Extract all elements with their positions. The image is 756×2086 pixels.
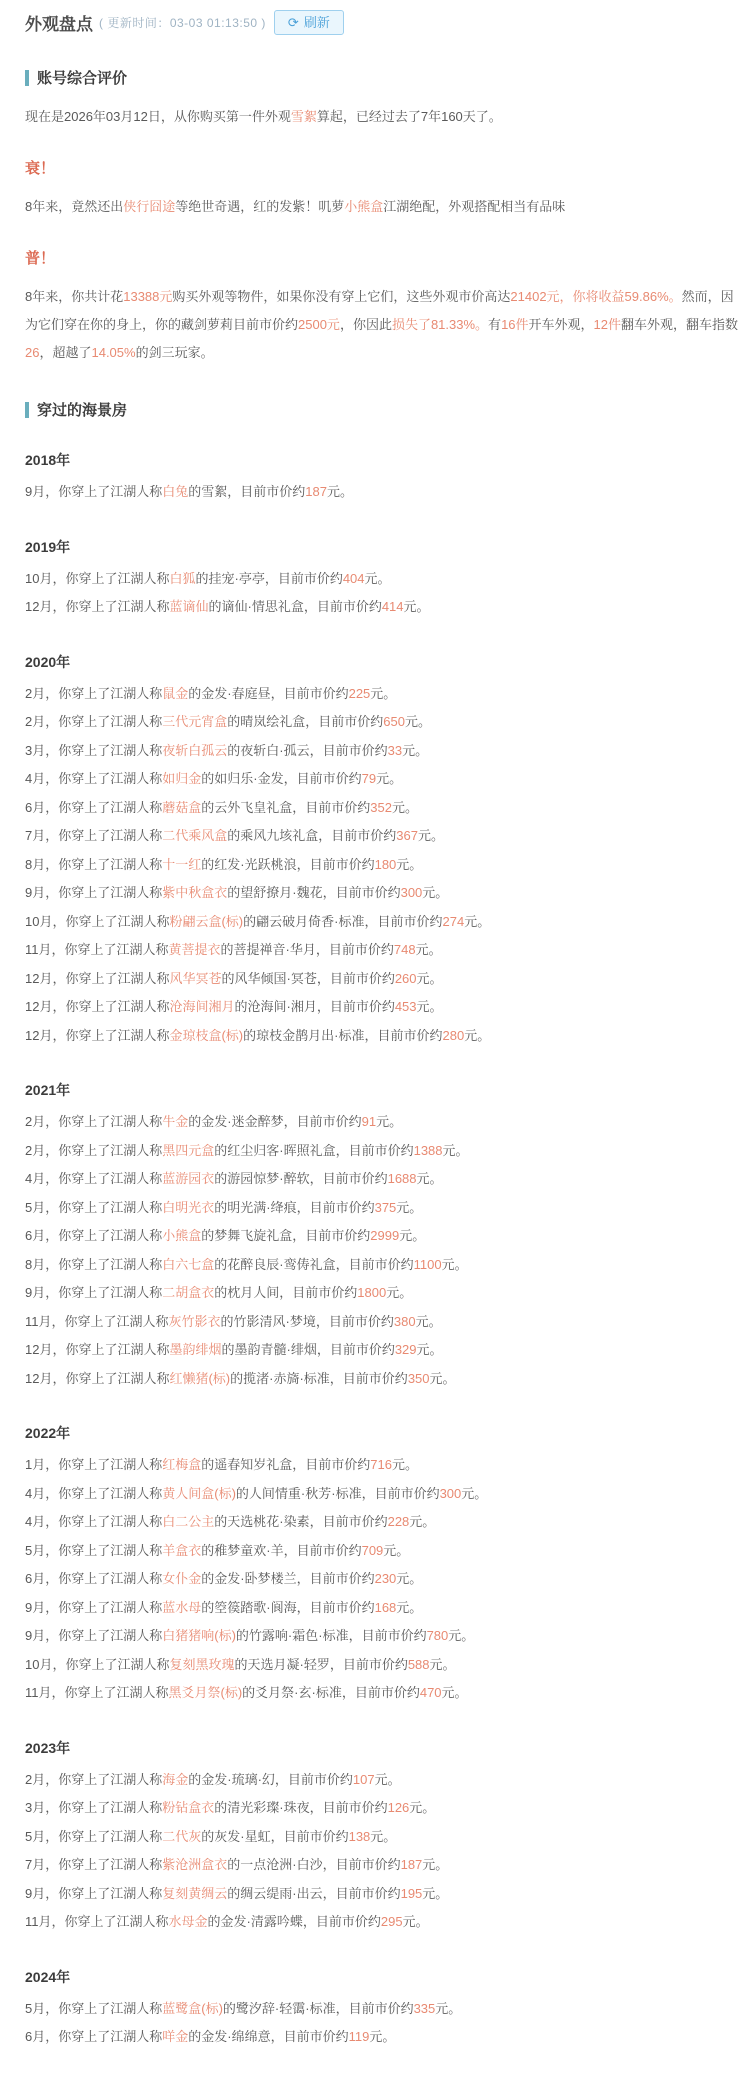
entry-item: 的人间情重·秋芳·标准，目前市价约 xyxy=(236,1486,440,1501)
history-entry: 6月，你穿上了江湖人称蘑菇盒的云外飞皇礼盒，目前市价约352元。 xyxy=(25,794,742,823)
entry-nickname: 蓝鹭盒(标) xyxy=(162,2001,223,2016)
refresh-icon: ⟳ xyxy=(288,16,299,29)
entry-month-prefix: 6月，你穿上了江湖人称 xyxy=(25,2029,162,2044)
entry-month-prefix: 7月，你穿上了江湖人称 xyxy=(25,828,162,843)
plain-text: 现在是2026年03月12日，从你购买第一件外观 xyxy=(25,109,291,124)
year-heading: 2019年 xyxy=(25,537,742,557)
entry-suffix: 元。 xyxy=(464,1028,490,1043)
plain-text: 8年来，竟然还出 xyxy=(25,199,123,214)
year-heading: 2018年 xyxy=(25,450,742,470)
entry-price: 107 xyxy=(353,1772,375,1787)
history-section-label: 穿过的海景房 xyxy=(37,399,127,420)
entry-item: 的竹露响·霜色·标准，目前市价约 xyxy=(236,1628,427,1643)
section-accent-bar xyxy=(25,402,29,418)
entry-price: 119 xyxy=(349,2029,370,2044)
entry-item: 的金发·琉璃·幻，目前市价约 xyxy=(188,1772,353,1787)
entry-suffix: 元。 xyxy=(417,971,443,986)
entry-item: 的金发·春庭昼，目前市价约 xyxy=(188,686,348,701)
entry-nickname: 如归金 xyxy=(162,771,201,786)
history-entry: 4月，你穿上了江湖人称蓝游园衣的游园惊梦·醉软，目前市价约1688元。 xyxy=(25,1165,742,1194)
entry-nickname: 紫中秋盒衣 xyxy=(162,885,227,900)
year-heading: 2020年 xyxy=(25,652,742,672)
page-title: 外观盘点 xyxy=(25,10,93,35)
history-entry: 3月，你穿上了江湖人称粉钻盒衣的清光彩璨·珠夜，目前市价约126元。 xyxy=(25,1794,742,1823)
entry-month-prefix: 3月，你穿上了江湖人称 xyxy=(25,743,162,758)
entry-price: 716 xyxy=(370,1457,392,1472)
entry-nickname: 海金 xyxy=(162,1772,188,1787)
history-entry: 12月，你穿上了江湖人称墨韵绯烟的墨韵青髓·绯烟，目前市价约329元。 xyxy=(25,1336,742,1365)
entry-item: 的一点沧洲·白沙，目前市价约 xyxy=(227,1857,400,1872)
entry-nickname: 水母金 xyxy=(169,1914,208,1929)
entry-nickname: 紫沧洲盒衣 xyxy=(162,1857,227,1872)
entry-price: 588 xyxy=(408,1657,430,1672)
entry-nickname: 白明光衣 xyxy=(162,1200,214,1215)
highlight-text: 13388元 xyxy=(123,289,172,304)
plain-text: 8年来，你共计花 xyxy=(25,289,123,304)
entry-price: 295 xyxy=(381,1914,403,1929)
entry-price: 709 xyxy=(362,1543,384,1558)
entry-suffix: 元。 xyxy=(383,1543,409,1558)
entry-nickname: 二胡盒衣 xyxy=(162,1285,214,1300)
page-container: 外观盘点 ( 更新时间：03-03 01:13:50 ) ⟳ 刷新 账号综合评价… xyxy=(0,0,756,2086)
entry-month-prefix: 10月，你穿上了江湖人称 xyxy=(25,571,169,586)
plain-text: 开车外观， xyxy=(529,317,594,332)
entry-suffix: 元。 xyxy=(396,857,422,872)
entry-item: 的金发·清露吟蝶，目前市价约 xyxy=(208,1914,381,1929)
entry-price: 79 xyxy=(362,771,376,786)
updated-timestamp: ( 更新时间：03-03 01:13:50 ) xyxy=(99,14,266,31)
history-entry: 8月，你穿上了江湖人称十一红的红发·光跃桃浪，目前市价约180元。 xyxy=(25,851,742,880)
entry-month-prefix: 4月，你穿上了江湖人称 xyxy=(25,771,162,786)
entry-item: 的绸云缇雨·出云，目前市价约 xyxy=(227,1886,400,1901)
entry-item: 的清光彩璨·珠夜，目前市价约 xyxy=(214,1800,387,1815)
entry-price: 225 xyxy=(349,686,371,701)
history-entry: 4月，你穿上了江湖人称如归金的如归乐·金发，目前市价约79元。 xyxy=(25,765,742,794)
history-entry: 3月，你穿上了江湖人称夜斩白孤云的夜斩白·孤云，目前市价约33元。 xyxy=(25,737,742,766)
entry-suffix: 元。 xyxy=(430,1371,456,1386)
history-entry: 10月，你穿上了江湖人称复刻黑玫瑰的天选月凝·轻罗，目前市价约588元。 xyxy=(25,1651,742,1680)
entry-nickname: 白猪猪响(标) xyxy=(162,1628,236,1643)
evaluation-section-label: 账号综合评价 xyxy=(37,67,127,88)
history-entry: 2月，你穿上了江湖人称三代元宵盒的晴岚绘礼盒，目前市价约650元。 xyxy=(25,708,742,737)
entry-nickname: 白兔 xyxy=(162,484,188,499)
history-entry: 2月，你穿上了江湖人称海金的金发·琉璃·幻，目前市价约107元。 xyxy=(25,1766,742,1795)
entry-month-prefix: 11月，你穿上了江湖人称 xyxy=(25,1914,169,1929)
entry-item: 的枕月人间，目前市价约 xyxy=(214,1285,357,1300)
entry-item: 的红尘归客·晖照礼盒，目前市价约 xyxy=(214,1143,413,1158)
entry-item: 的花醉良辰·鸾俦礼盒，目前市价约 xyxy=(214,1257,413,1272)
year-heading: 2021年 xyxy=(25,1080,742,1100)
entry-item: 的夜斩白·孤云，目前市价约 xyxy=(227,743,387,758)
entry-nickname: 黑四元盒 xyxy=(162,1143,214,1158)
entry-nickname: 粉翩云盒(标) xyxy=(169,914,243,929)
entry-month-prefix: 5月，你穿上了江湖人称 xyxy=(25,2001,162,2016)
year-heading: 2024年 xyxy=(25,1967,742,1987)
entry-price: 1688 xyxy=(388,1171,417,1186)
history-entry: 9月，你穿上了江湖人称紫中秋盒衣的望舒撩月·魏花，目前市价约300元。 xyxy=(25,879,742,908)
entry-month-prefix: 4月，你穿上了江湖人称 xyxy=(25,1486,162,1501)
entry-price: 2999 xyxy=(370,1228,399,1243)
entry-item: 的雪絮，目前市价约 xyxy=(188,484,305,499)
history-years: 2018年9月，你穿上了江湖人称白兔的雪絮，目前市价约187元。2019年10月… xyxy=(25,450,742,2052)
entry-suffix: 元。 xyxy=(416,942,442,957)
entry-item: 的云外飞皇礼盒，目前市价约 xyxy=(201,800,370,815)
plain-text: 购买外观等物件，如果你没有穿上它们，这些外观市价高达 xyxy=(172,289,510,304)
plain-text: 江湖绝配，外观搭配相当有品味 xyxy=(383,199,565,214)
entry-nickname: 黑爻月祭(标) xyxy=(169,1685,243,1700)
highlight-text: 16件 xyxy=(501,317,528,332)
entry-suffix: 元。 xyxy=(386,1285,412,1300)
entry-nickname: 白狐 xyxy=(169,571,195,586)
plain-text: 的剑三玩家。 xyxy=(136,345,214,360)
entry-nickname: 蓝谪仙 xyxy=(169,599,208,614)
highlight-text: 雪絮 xyxy=(291,109,317,124)
entry-price: 168 xyxy=(375,1600,397,1615)
entry-suffix: 元。 xyxy=(392,1457,418,1472)
entry-nickname: 红梅盒 xyxy=(162,1457,201,1472)
highlight-text: 损失了81.33%。 xyxy=(392,317,488,332)
entry-suffix: 元。 xyxy=(416,1314,442,1329)
history-section-title: 穿过的海景房 xyxy=(25,399,742,420)
entry-suffix: 元。 xyxy=(443,1143,469,1158)
entry-price: 1800 xyxy=(357,1285,386,1300)
plain-text: ，你因此 xyxy=(340,317,392,332)
entry-item: 的爻月祭·玄·标准，目前市价约 xyxy=(242,1685,420,1700)
history-entry: 8月，你穿上了江湖人称白六七盒的花醉良辰·鸾俦礼盒，目前市价约1100元。 xyxy=(25,1251,742,1280)
entry-item: 的箜篌踏歌·阆海，目前市价约 xyxy=(201,1600,374,1615)
entry-item: 的遥春知岁礼盒，目前市价约 xyxy=(201,1457,370,1472)
entry-suffix: 元。 xyxy=(417,999,443,1014)
entry-suffix: 元。 xyxy=(365,571,391,586)
entry-nickname: 墨韵绯烟 xyxy=(169,1342,221,1357)
entry-item: 的沧海间·湘月，目前市价约 xyxy=(234,999,394,1014)
refresh-button[interactable]: ⟳ 刷新 xyxy=(274,10,344,35)
entry-price: 350 xyxy=(408,1371,430,1386)
refresh-button-label: 刷新 xyxy=(304,16,330,29)
entry-month-prefix: 9月，你穿上了江湖人称 xyxy=(25,1886,162,1901)
plain-text: 等绝世奇遇，红的发紫！叽萝 xyxy=(175,199,344,214)
history-entry: 4月，你穿上了江湖人称白二公主的天选桃花·染素，目前市价约228元。 xyxy=(25,1508,742,1537)
history-entry: 7月，你穿上了江湖人称二代乘风盒的乘风九垓礼盒，目前市价约367元。 xyxy=(25,822,742,851)
history-entry: 5月，你穿上了江湖人称蓝鹭盒(标)的鹭汐辞·轻霭·标准，目前市价约335元。 xyxy=(25,1995,742,2024)
entry-suffix: 元。 xyxy=(422,1857,448,1872)
entry-suffix: 元。 xyxy=(403,1914,429,1929)
entry-month-prefix: 11月，你穿上了江湖人称 xyxy=(25,1314,169,1329)
history-entry: 1月，你穿上了江湖人称红梅盒的遥春知岁礼盒，目前市价约716元。 xyxy=(25,1451,742,1480)
section-accent-bar xyxy=(25,70,29,86)
entry-nickname: 金琼枝盒(标) xyxy=(169,1028,243,1043)
entry-suffix: 元。 xyxy=(404,599,430,614)
history-entry: 2月，你穿上了江湖人称牛金的金发·迷金醉梦，目前市价约91元。 xyxy=(25,1108,742,1137)
entry-price: 187 xyxy=(401,1857,423,1872)
entry-item: 的谪仙·情思礼盒，目前市价约 xyxy=(208,599,381,614)
history-entry: 5月，你穿上了江湖人称二代灰的灰发·星虹，目前市价约138元。 xyxy=(25,1823,742,1852)
entry-suffix: 元。 xyxy=(399,1228,425,1243)
entry-suffix: 元。 xyxy=(396,1600,422,1615)
entry-price: 453 xyxy=(395,999,417,1014)
entry-nickname: 复刻黑玫瑰 xyxy=(169,1657,234,1672)
entry-suffix: 元。 xyxy=(430,1657,456,1672)
entry-price: 280 xyxy=(442,1028,464,1043)
entry-nickname: 女仆金 xyxy=(162,1571,201,1586)
entry-month-prefix: 12月，你穿上了江湖人称 xyxy=(25,1028,169,1043)
history-entry: 10月，你穿上了江湖人称白狐的挂宠·亭亭，目前市价约404元。 xyxy=(25,565,742,594)
entry-suffix: 元。 xyxy=(409,1514,435,1529)
entry-month-prefix: 6月，你穿上了江湖人称 xyxy=(25,1228,162,1243)
entry-nickname: 十一红 xyxy=(162,857,201,872)
entry-price: 650 xyxy=(383,714,405,729)
highlight-text: 26 xyxy=(25,345,39,360)
history-entry: 11月，你穿上了江湖人称水母金的金发·清露吟蝶，目前市价约295元。 xyxy=(25,1908,742,1937)
entry-item: 的揽渚·赤旖·标准，目前市价约 xyxy=(230,1371,408,1386)
entry-month-prefix: 4月，你穿上了江湖人称 xyxy=(25,1171,162,1186)
entry-month-prefix: 12月，你穿上了江湖人称 xyxy=(25,1371,169,1386)
verdict-heading: 普！ xyxy=(25,247,742,268)
entry-suffix: 元。 xyxy=(327,484,353,499)
entry-nickname: 三代元宵盒 xyxy=(162,714,227,729)
entry-item: 的明光满·绛痕，目前市价约 xyxy=(214,1200,374,1215)
entry-item: 的红发·光跃桃浪，目前市价约 xyxy=(201,857,374,872)
entry-month-prefix: 2月，你穿上了江湖人称 xyxy=(25,686,162,701)
entry-price: 748 xyxy=(394,942,416,957)
history-entry: 11月，你穿上了江湖人称黑爻月祭(标)的爻月祭·玄·标准，目前市价约470元。 xyxy=(25,1679,742,1708)
history-entry: 9月，你穿上了江湖人称二胡盒衣的枕月人间，目前市价约1800元。 xyxy=(25,1279,742,1308)
entry-item: 的灰发·星虹，目前市价约 xyxy=(201,1829,348,1844)
entry-price: 91 xyxy=(362,1114,376,1129)
entry-month-prefix: 5月，你穿上了江湖人称 xyxy=(25,1200,162,1215)
entry-price: 367 xyxy=(396,828,418,843)
entry-price: 1100 xyxy=(414,1257,442,1272)
entry-month-prefix: 2月，你穿上了江湖人称 xyxy=(25,1772,162,1787)
entry-month-prefix: 12月，你穿上了江湖人称 xyxy=(25,1342,169,1357)
entry-month-prefix: 9月，你穿上了江湖人称 xyxy=(25,484,162,499)
entry-item: 的望舒撩月·魏花，目前市价约 xyxy=(227,885,400,900)
entry-month-prefix: 11月，你穿上了江湖人称 xyxy=(25,1685,169,1700)
entry-item: 的天选月凝·轻罗，目前市价约 xyxy=(234,1657,407,1672)
entry-nickname: 黄菩提衣 xyxy=(169,942,221,957)
entry-price: 33 xyxy=(388,743,402,758)
entry-suffix: 元。 xyxy=(422,1886,448,1901)
entry-nickname: 粉钻盒衣 xyxy=(162,1800,214,1815)
entry-item: 的稚梦童欢·羊，目前市价约 xyxy=(201,1543,361,1558)
entry-nickname: 羊盒衣 xyxy=(162,1543,201,1558)
evaluation-paragraph: 8年来，竟然还出侠行囧途等绝世奇遇，红的发紫！叽萝小熊盒江湖绝配，外观搭配相当有… xyxy=(25,193,742,221)
entry-item: 的墨韵青髓·绯烟，目前市价约 xyxy=(221,1342,394,1357)
entry-nickname: 灰竹影衣 xyxy=(169,1314,221,1329)
entry-suffix: 元。 xyxy=(369,2029,395,2044)
year-heading: 2023年 xyxy=(25,1738,742,1758)
history-entry: 9月，你穿上了江湖人称白兔的雪絮，目前市价约187元。 xyxy=(25,478,742,507)
entry-suffix: 元。 xyxy=(442,1685,468,1700)
entry-price: 335 xyxy=(414,2001,436,2016)
entry-suffix: 元。 xyxy=(418,828,444,843)
entry-suffix: 元。 xyxy=(396,1200,422,1215)
entry-price: 1388 xyxy=(414,1143,443,1158)
entry-suffix: 元。 xyxy=(376,771,402,786)
entry-nickname: 咩金 xyxy=(162,2029,188,2044)
entry-item: 的金发·卧梦楼兰，目前市价约 xyxy=(201,1571,374,1586)
entry-month-prefix: 9月，你穿上了江湖人称 xyxy=(25,1285,162,1300)
entry-nickname: 复刻黄绸云 xyxy=(162,1886,227,1901)
entry-price: 300 xyxy=(401,885,423,900)
entry-price: 414 xyxy=(382,599,404,614)
entry-suffix: 元。 xyxy=(422,885,448,900)
entry-month-prefix: 3月，你穿上了江湖人称 xyxy=(25,1800,162,1815)
entry-price: 329 xyxy=(395,1342,417,1357)
entry-price: 404 xyxy=(343,571,365,586)
entry-month-prefix: 11月，你穿上了江湖人称 xyxy=(25,942,169,957)
evaluation-section-title: 账号综合评价 xyxy=(25,67,742,88)
entry-nickname: 黄人间盒(标) xyxy=(162,1486,236,1501)
entry-price: 780 xyxy=(427,1628,449,1643)
entry-month-prefix: 8月，你穿上了江湖人称 xyxy=(25,857,162,872)
entry-month-prefix: 7月，你穿上了江湖人称 xyxy=(25,1857,162,1872)
history-entry: 5月，你穿上了江湖人称白明光衣的明光满·绛痕，目前市价约375元。 xyxy=(25,1194,742,1223)
history-entry: 6月，你穿上了江湖人称咩金的金发·绵绵意，目前市价约119元。 xyxy=(25,2023,742,2052)
highlight-text: 21402元，你将收益59.86%。 xyxy=(510,289,681,304)
evaluation-paragraph: 8年来，你共计花13388元购买外观等物件，如果你没有穿上它们，这些外观市价高达… xyxy=(25,283,742,367)
highlight-text: 2500元 xyxy=(298,317,340,332)
history-entry: 12月，你穿上了江湖人称金琼枝盒(标)的琼枝金鹊月出·标准，目前市价约280元。 xyxy=(25,1022,742,1051)
entry-month-prefix: 5月，你穿上了江湖人称 xyxy=(25,1543,162,1558)
entry-suffix: 元。 xyxy=(464,914,490,929)
entry-month-prefix: 6月，你穿上了江湖人称 xyxy=(25,1571,162,1586)
entry-month-prefix: 12月，你穿上了江湖人称 xyxy=(25,599,169,614)
entry-suffix: 元。 xyxy=(376,1114,402,1129)
entry-suffix: 元。 xyxy=(435,2001,461,2016)
entry-nickname: 鼠金 xyxy=(162,686,188,701)
entry-price: 195 xyxy=(401,1886,423,1901)
entry-item: 的挂宠·亭亭，目前市价约 xyxy=(195,571,342,586)
entry-month-prefix: 9月，你穿上了江湖人称 xyxy=(25,1600,162,1615)
entry-nickname: 蓝水母 xyxy=(162,1600,201,1615)
entry-item: 的乘风九垓礼盒，目前市价约 xyxy=(227,828,396,843)
entry-suffix: 元。 xyxy=(370,1829,396,1844)
entry-price: 380 xyxy=(394,1314,416,1329)
history-entry: 2月，你穿上了江湖人称黑四元盒的红尘归客·晖照礼盒，目前市价约1388元。 xyxy=(25,1137,742,1166)
entry-item: 的晴岚绘礼盒，目前市价约 xyxy=(227,714,383,729)
entry-suffix: 元。 xyxy=(370,686,396,701)
entry-nickname: 二代灰 xyxy=(162,1829,201,1844)
entry-item: 的梦舞飞旋礼盒，目前市价约 xyxy=(201,1228,370,1243)
entry-month-prefix: 4月，你穿上了江湖人称 xyxy=(25,1514,162,1529)
history-entry: 9月，你穿上了江湖人称白猪猪响(标)的竹露响·霜色·标准，目前市价约780元。 xyxy=(25,1622,742,1651)
plain-text: 有 xyxy=(488,317,501,332)
entry-month-prefix: 12月，你穿上了江湖人称 xyxy=(25,971,169,986)
highlight-text: 小熊盒 xyxy=(344,199,383,214)
history-entry: 12月，你穿上了江湖人称红懒猪(标)的揽渚·赤旖·标准，目前市价约350元。 xyxy=(25,1365,742,1394)
entry-price: 352 xyxy=(370,800,392,815)
entry-suffix: 元。 xyxy=(461,1486,487,1501)
history-entry: 11月，你穿上了江湖人称灰竹影衣的竹影清风·梦境，目前市价约380元。 xyxy=(25,1308,742,1337)
entry-month-prefix: 5月，你穿上了江湖人称 xyxy=(25,1829,162,1844)
entry-month-prefix: 2月，你穿上了江湖人称 xyxy=(25,714,162,729)
entry-month-prefix: 9月，你穿上了江湖人称 xyxy=(25,1628,162,1643)
entry-nickname: 沧海间湘月 xyxy=(169,999,234,1014)
entry-item: 的竹影清风·梦境，目前市价约 xyxy=(221,1314,394,1329)
entry-nickname: 白二公主 xyxy=(162,1514,214,1529)
history-entry: 10月，你穿上了江湖人称粉翩云盒(标)的翩云破月倚香·标准，目前市价约274元。 xyxy=(25,908,742,937)
entry-nickname: 蓝游园衣 xyxy=(162,1171,214,1186)
entry-suffix: 元。 xyxy=(405,714,431,729)
highlight-text: 14.05% xyxy=(91,345,135,360)
entry-suffix: 元。 xyxy=(409,1800,435,1815)
entry-nickname: 牛金 xyxy=(162,1114,188,1129)
entry-nickname: 二代乘风盒 xyxy=(162,828,227,843)
entry-nickname: 白六七盒 xyxy=(162,1257,214,1272)
entry-month-prefix: 10月，你穿上了江湖人称 xyxy=(25,914,169,929)
entry-suffix: 元。 xyxy=(402,743,428,758)
plain-text: ，超越了 xyxy=(39,345,91,360)
evaluation-paragraphs: 现在是2026年03月12日，从你购买第一件外观雪絮算起，已经过去了7年160天… xyxy=(25,103,742,367)
entry-price: 375 xyxy=(375,1200,397,1215)
entry-item: 的游园惊梦·醉软，目前市价约 xyxy=(214,1171,387,1186)
history-entry: 7月，你穿上了江湖人称紫沧洲盒衣的一点沧洲·白沙，目前市价约187元。 xyxy=(25,1851,742,1880)
history-entry: 5月，你穿上了江湖人称羊盒衣的稚梦童欢·羊，目前市价约709元。 xyxy=(25,1537,742,1566)
entry-price: 300 xyxy=(440,1486,462,1501)
page-header: 外观盘点 ( 更新时间：03-03 01:13:50 ) ⟳ 刷新 xyxy=(25,10,742,35)
entry-nickname: 夜斩白孤云 xyxy=(162,743,227,758)
highlight-text: 侠行囧途 xyxy=(123,199,175,214)
entry-price: 470 xyxy=(420,1685,442,1700)
entry-price: 260 xyxy=(395,971,417,986)
entry-price: 274 xyxy=(442,914,464,929)
entry-item: 的鹭汐辞·轻霭·标准，目前市价约 xyxy=(223,2001,414,2016)
evaluation-paragraph: 现在是2026年03月12日，从你购买第一件外观雪絮算起，已经过去了7年160天… xyxy=(25,103,742,131)
entry-item: 的如归乐·金发，目前市价约 xyxy=(201,771,361,786)
history-entry: 4月，你穿上了江湖人称黄人间盒(标)的人间情重·秋芳·标准，目前市价约300元。 xyxy=(25,1480,742,1509)
entry-price: 230 xyxy=(375,1571,397,1586)
plain-text: 算起，已经过去了7年160天了。 xyxy=(317,109,502,124)
history-entry: 11月，你穿上了江湖人称黄菩提衣的菩提禅音·华月，目前市价约748元。 xyxy=(25,936,742,965)
entry-month-prefix: 1月，你穿上了江湖人称 xyxy=(25,1457,162,1472)
history-entry: 2月，你穿上了江湖人称鼠金的金发·春庭昼，目前市价约225元。 xyxy=(25,680,742,709)
entry-month-prefix: 12月，你穿上了江湖人称 xyxy=(25,999,169,1014)
entry-nickname: 蘑菇盒 xyxy=(162,800,201,815)
history-entry: 6月，你穿上了江湖人称小熊盒的梦舞飞旋礼盒，目前市价约2999元。 xyxy=(25,1222,742,1251)
entry-item: 的翩云破月倚香·标准，目前市价约 xyxy=(243,914,442,929)
entry-suffix: 元。 xyxy=(442,1257,468,1272)
verdict-heading: 衰！ xyxy=(25,157,742,178)
entry-suffix: 元。 xyxy=(392,800,418,815)
entry-nickname: 小熊盒 xyxy=(162,1228,201,1243)
entry-item: 的风华倾国·冥苍，目前市价约 xyxy=(221,971,394,986)
history-entry: 12月，你穿上了江湖人称沧海间湘月的沧海间·湘月，目前市价约453元。 xyxy=(25,993,742,1022)
entry-price: 126 xyxy=(388,1800,410,1815)
entry-month-prefix: 6月，你穿上了江湖人称 xyxy=(25,800,162,815)
year-heading: 2022年 xyxy=(25,1423,742,1443)
entry-price: 138 xyxy=(349,1829,371,1844)
entry-month-prefix: 10月，你穿上了江湖人称 xyxy=(25,1657,169,1672)
entry-month-prefix: 2月，你穿上了江湖人称 xyxy=(25,1143,162,1158)
entry-month-prefix: 9月，你穿上了江湖人称 xyxy=(25,885,162,900)
entry-item: 的菩提禅音·华月，目前市价约 xyxy=(221,942,394,957)
entry-suffix: 元。 xyxy=(375,1772,401,1787)
entry-item: 的天选桃花·染素，目前市价约 xyxy=(214,1514,387,1529)
entry-price: 180 xyxy=(375,857,397,872)
entry-suffix: 元。 xyxy=(448,1628,474,1643)
entry-month-prefix: 2月，你穿上了江湖人称 xyxy=(25,1114,162,1129)
entry-price: 187 xyxy=(305,484,327,499)
history-entry: 12月，你穿上了江湖人称蓝谪仙的谪仙·情思礼盒，目前市价约414元。 xyxy=(25,593,742,622)
entry-suffix: 元。 xyxy=(417,1171,443,1186)
entry-price: 228 xyxy=(388,1514,410,1529)
history-entry: 9月，你穿上了江湖人称复刻黄绸云的绸云缇雨·出云，目前市价约195元。 xyxy=(25,1880,742,1909)
entry-item: 的金发·迷金醉梦，目前市价约 xyxy=(188,1114,361,1129)
entry-item: 的琼枝金鹊月出·标准，目前市价约 xyxy=(243,1028,442,1043)
plain-text: 翻车外观，翻车指数 xyxy=(621,317,738,332)
history-entry: 6月，你穿上了江湖人称女仆金的金发·卧梦楼兰，目前市价约230元。 xyxy=(25,1565,742,1594)
